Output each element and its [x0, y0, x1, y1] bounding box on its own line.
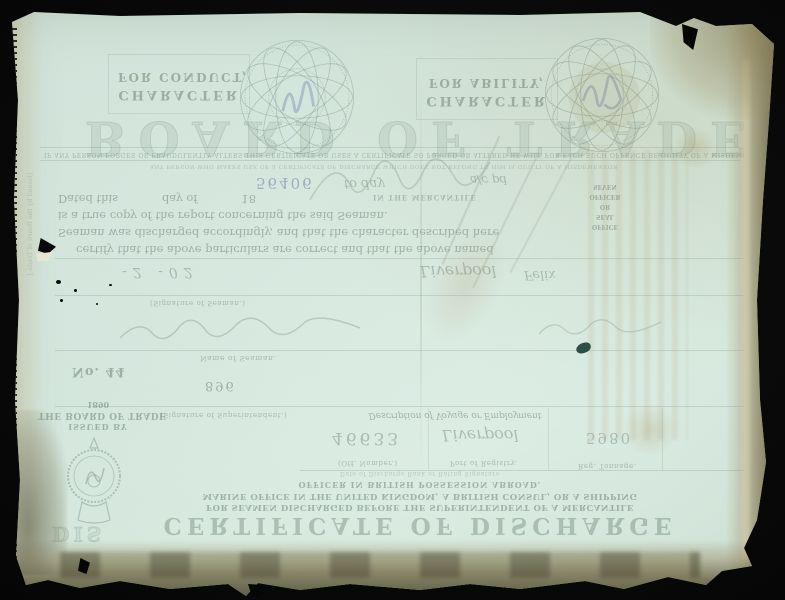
bottom-notch-1	[248, 584, 268, 598]
paper-vignette	[0, 0, 785, 600]
ink-speck-3	[60, 299, 63, 302]
document-paper: FOR CONDUCT, CHARACTER FOR ABILITY, CHAR…	[0, 0, 785, 600]
ink-speck-2	[74, 289, 77, 292]
ink-speck-5	[109, 284, 112, 286]
ink-speck-1	[56, 280, 61, 284]
perforation-edge	[12, 28, 17, 558]
ink-speck-4	[96, 303, 98, 305]
photo-stage: FOR CONDUCT, CHARACTER FOR ABILITY, CHAR…	[0, 0, 785, 600]
